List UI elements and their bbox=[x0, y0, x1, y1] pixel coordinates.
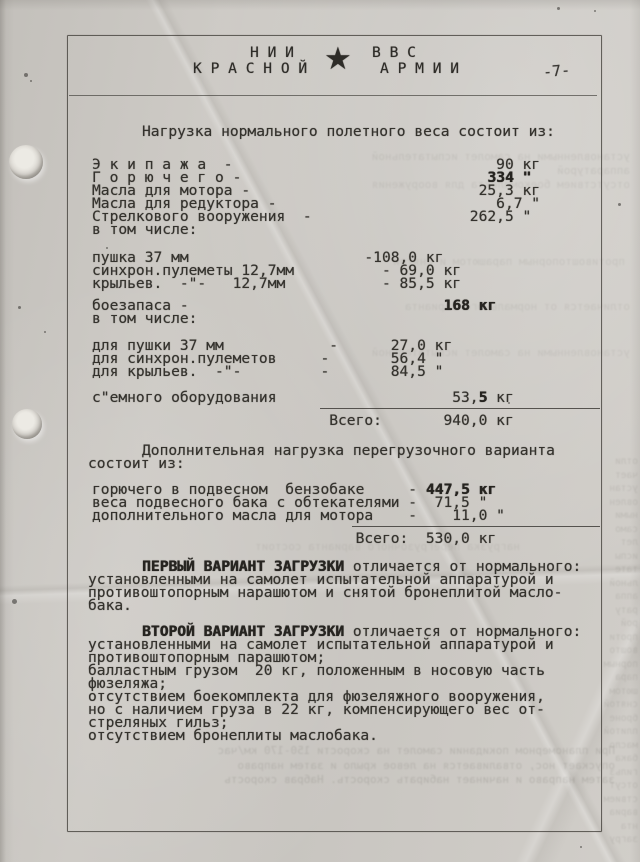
ink-speck bbox=[18, 306, 21, 309]
org-name-vvs: В В С bbox=[372, 46, 416, 60]
ink-speck bbox=[594, 10, 596, 12]
header-divider bbox=[69, 95, 597, 96]
ink-speck bbox=[30, 80, 32, 82]
row-removable-equipment: с"емного оборудования 53,5 кг bbox=[92, 391, 604, 404]
org-name-krasnoy: К Р А С Н О Й bbox=[193, 62, 307, 76]
ink-speck bbox=[557, 7, 560, 10]
ink-speck bbox=[106, 247, 108, 249]
ink-speck bbox=[618, 203, 621, 206]
punch-hole bbox=[9, 145, 43, 179]
scanned-page: Н И И К Р А С Н О Й В В С А Р М И И ★ -7… bbox=[0, 0, 640, 862]
intro-normal-load: Нагрузка нормального полетного веса сост… bbox=[142, 125, 604, 138]
row-wing-mg: крыльев. -"- 12,7мм - 85,5 кг bbox=[92, 277, 604, 290]
ink-speck bbox=[24, 73, 28, 77]
ink-speck bbox=[508, 402, 510, 404]
ink-speck bbox=[12, 599, 17, 604]
punch-hole bbox=[12, 409, 42, 439]
ink-speck bbox=[44, 331, 46, 333]
document-body: Нагрузка нормального полетного веса сост… bbox=[92, 125, 604, 742]
red-army-star-icon: ★ bbox=[324, 44, 352, 75]
org-name-armii: А Р М И И bbox=[380, 62, 459, 76]
ink-speck bbox=[580, 846, 582, 848]
row-ammo-wing: для крыльев. -"- - 84,5 " bbox=[92, 365, 604, 378]
variant1-line-3: противоштопорным нарашютом и снятой брон… bbox=[88, 586, 604, 599]
total-overload: Всего: 530,0 кг bbox=[92, 532, 604, 545]
total-rule-1 bbox=[320, 408, 600, 411]
para-overload-title-1: Дополнительная нагрузка перегрузочного в… bbox=[142, 444, 604, 457]
row-extra-oil: дополнительного масла для мотора - 11,0 … bbox=[92, 509, 604, 522]
page-number: -7- bbox=[542, 61, 571, 81]
total-rule-2 bbox=[352, 526, 600, 529]
org-name-nii: Н И И bbox=[250, 46, 294, 60]
bleedthrough-text: отли чает устан овлен ными само лет испы… bbox=[602, 455, 638, 845]
total-normal: Всего: 940,0 кг bbox=[92, 414, 604, 427]
variant2-line-9: отсутствием бронеплиты маслобака. bbox=[88, 729, 604, 742]
